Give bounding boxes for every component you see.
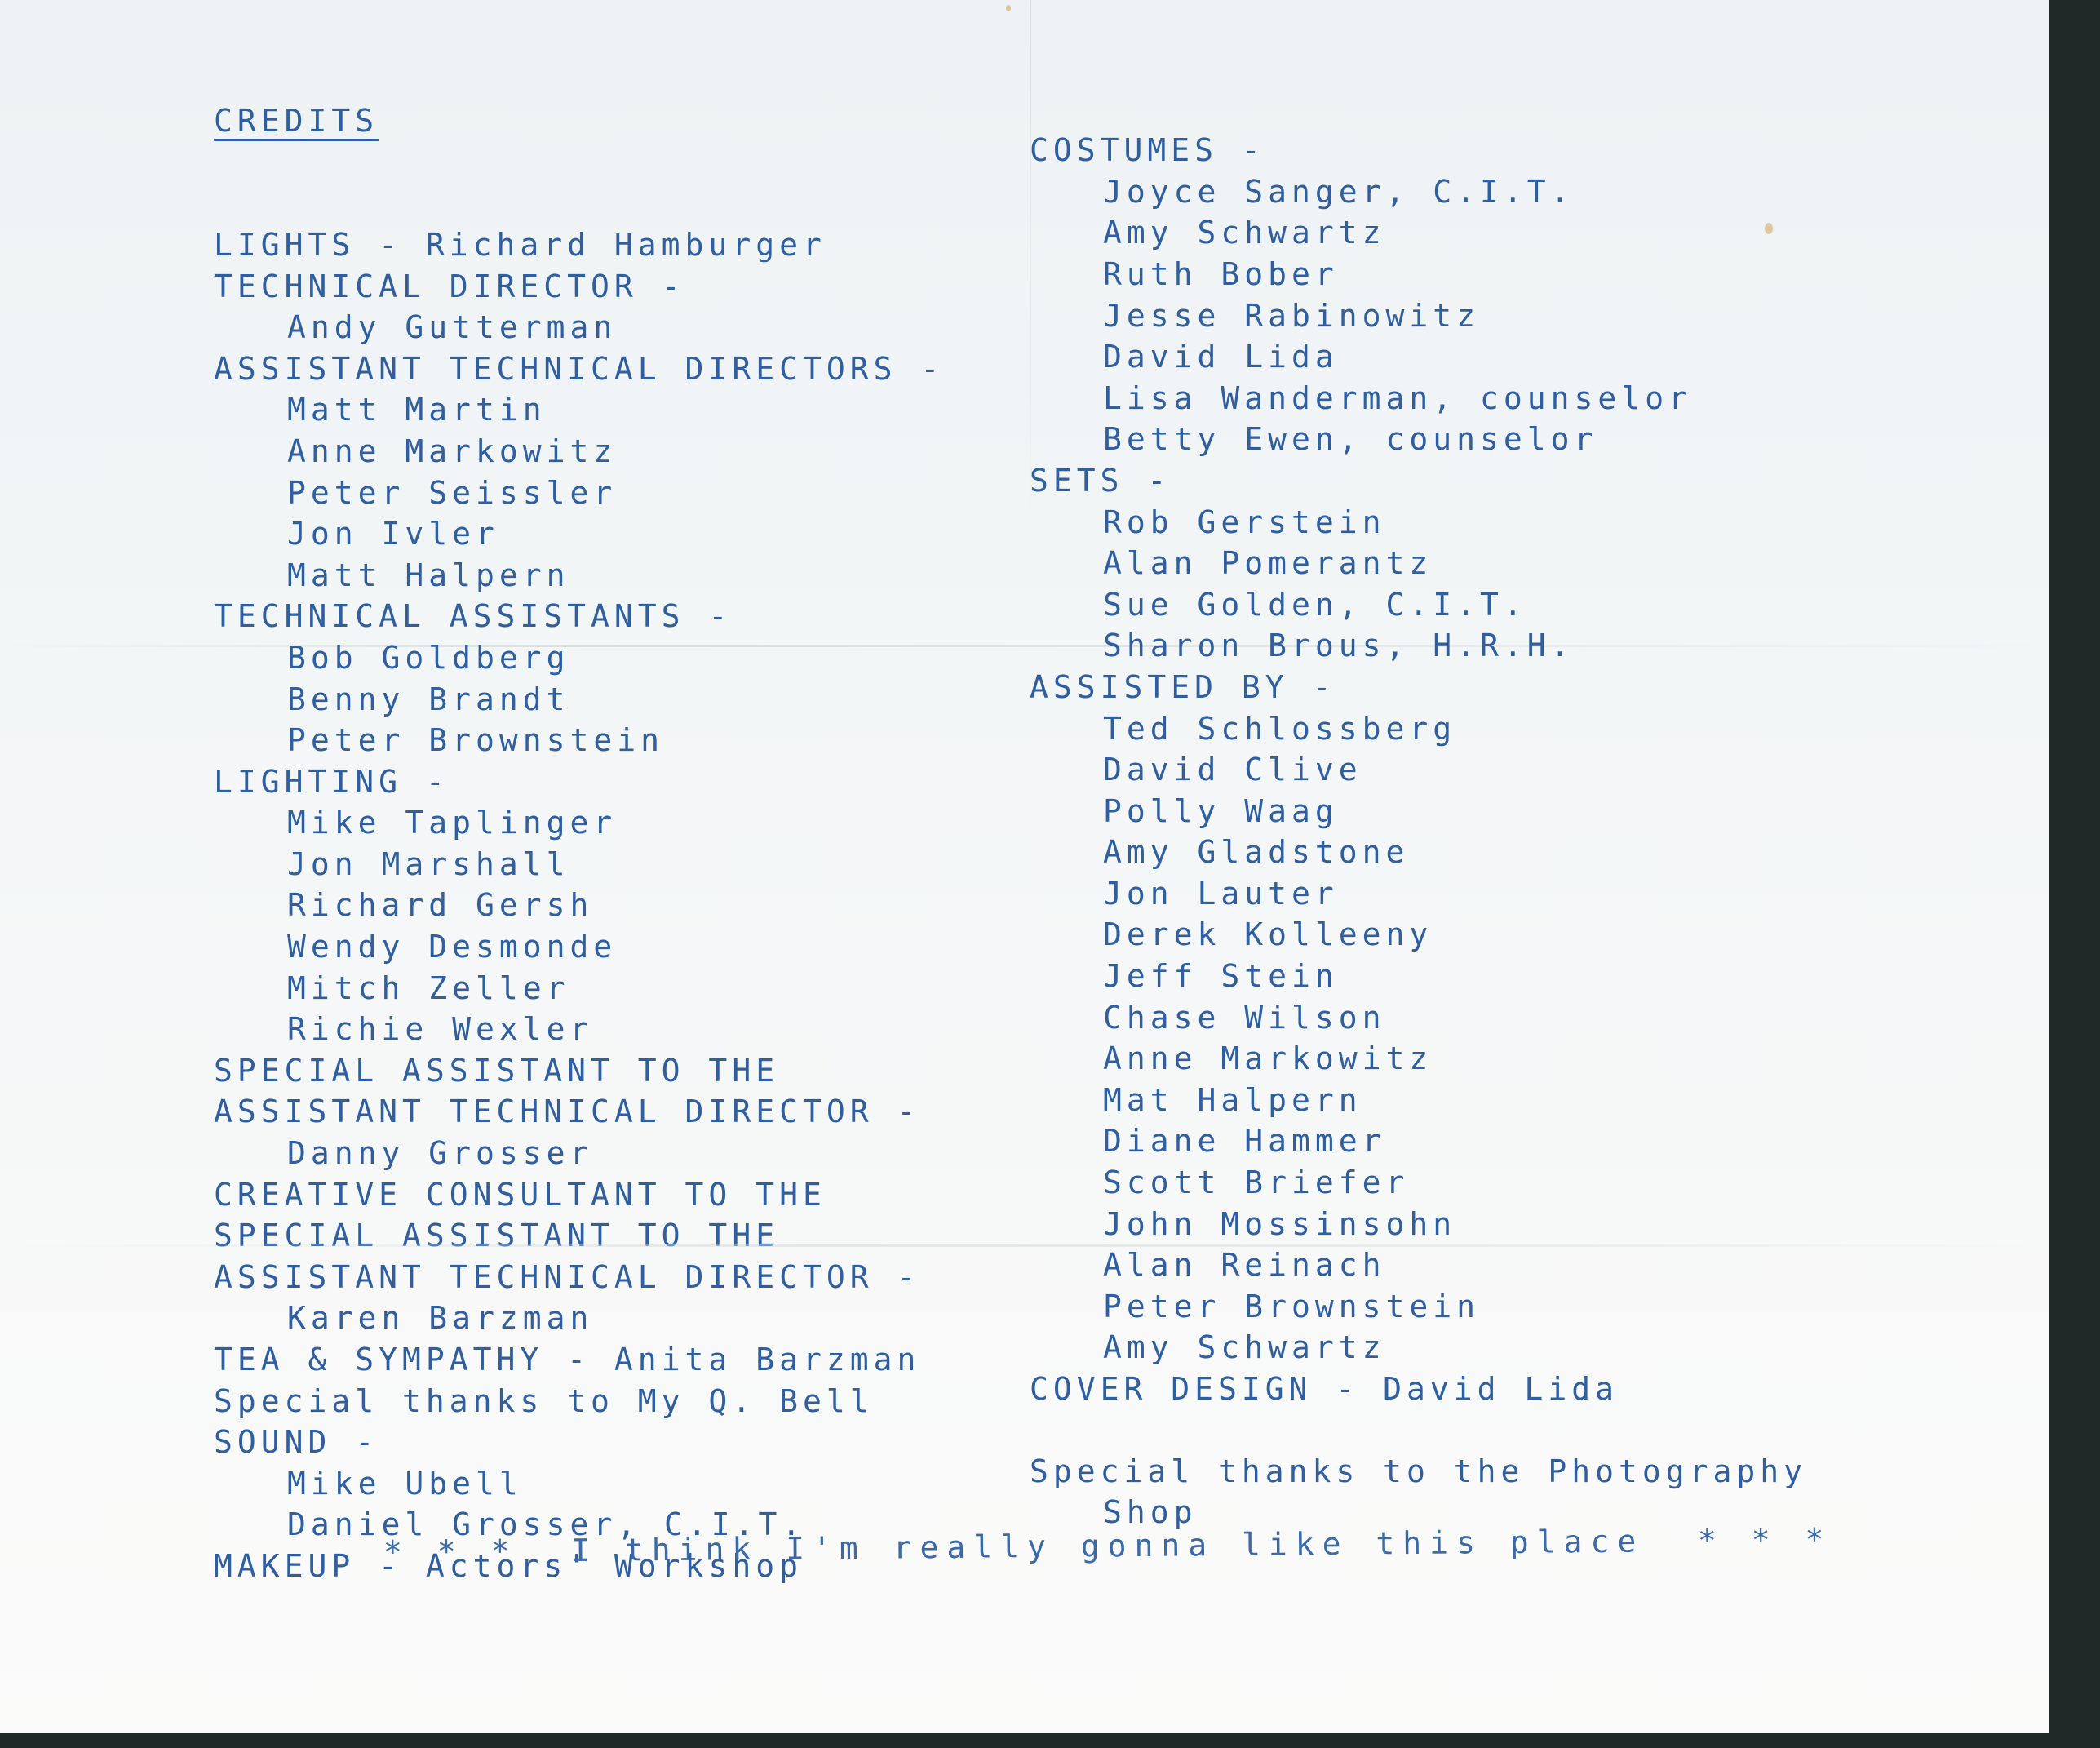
left-credit-list: LIGHTS - Richard HamburgerTECHNICAL DIRE… [214,224,944,1587]
credit-name: Peter Seissler [214,472,944,514]
credits-right-column: COSTUMES -Joyce Sanger, C.I.T.Amy Schwar… [1030,47,1807,1616]
credit-name: Sharon Brous, H.R.H. [1030,625,1807,667]
spacer [1030,1410,1807,1451]
credit-name: Mike Ubell [214,1463,944,1505]
credit-name: Chase Wilson [1030,997,1807,1039]
credit-name: Andy Gutterman [214,307,944,348]
credit-heading: ASSISTANT TECHNICAL DIRECTOR - [214,1091,944,1133]
credit-heading: COSTUMES - [1030,130,1807,171]
credit-name: Diane Hammer [1030,1120,1807,1162]
credit-name: Jon Ivler [214,513,944,555]
credit-name: Peter Brownstein [214,720,944,761]
credits-title: CREDITS [214,103,379,141]
credit-heading: CREATIVE CONSULTANT TO THE [214,1174,944,1216]
credit-name: Ted Schlossberg [1030,708,1807,750]
credit-heading: ASSISTANT TECHNICAL DIRECTOR - [214,1257,944,1298]
credit-name: Peter Brownstein [1030,1286,1807,1328]
credit-name: Joyce Sanger, C.I.T. [1030,171,1807,213]
credit-name: Danny Grosser [214,1133,944,1174]
credit-name: Anne Markowitz [214,431,944,472]
credit-name: Bob Goldberg [214,637,944,679]
credit-name: Betty Ewen, counselor [1030,419,1807,460]
credit-name: Derek Kolleeny [1030,914,1807,956]
credit-name: Lisa Wanderman, counselor [1030,378,1807,419]
credit-name: Mike Taplinger [214,802,944,844]
credit-heading: COVER DESIGN - David Lida [1030,1369,1807,1410]
scanned-page: CREDITS LIGHTS - Richard HamburgerTECHNI… [0,0,2049,1733]
credit-name: Benny Brandt [214,679,944,721]
credit-name: Mitch Zeller [214,968,944,1009]
credit-heading: TECHNICAL ASSISTANTS - [214,596,944,637]
credit-name: Polly Waag [1030,791,1807,832]
credit-name: Rob Gerstein [1030,502,1807,543]
credit-name: Jon Lauter [1030,873,1807,915]
credit-name: David Clive [1030,749,1807,791]
credit-name: Jeff Stein [1030,956,1807,997]
credit-name: Karen Barzman [214,1298,944,1339]
credit-heading: LIGHTS - Richard Hamburger [214,224,944,266]
credit-name: Amy Schwartz [1030,212,1807,254]
credit-name: Matt Halpern [214,555,944,597]
credit-name: John Mossinsohn [1030,1204,1807,1245]
credit-heading: SPECIAL ASSISTANT TO THE [214,1215,944,1257]
credit-heading: Special thanks to My Q. Bell [214,1381,944,1422]
credit-heading: TEA & SYMPATHY - Anita Barzman [214,1339,944,1381]
credit-heading: ASSISTANT TECHNICAL DIRECTORS - [214,348,944,390]
credit-name: Richie Wexler [214,1009,944,1050]
credit-name: Jon Marshall [214,844,944,885]
credit-name: Amy Schwartz [1030,1327,1807,1369]
credit-name: Jesse Rabinowitz [1030,295,1807,337]
credit-name: Alan Pomerantz [1030,543,1807,584]
credit-name: Wendy Desmonde [214,926,944,968]
credit-name: Matt Martin [214,389,944,431]
credit-name: Anne Markowitz [1030,1038,1807,1080]
credit-name: Alan Reinach [1030,1244,1807,1286]
paper-stain [1006,5,1011,11]
credit-name: David Lida [1030,336,1807,378]
credit-name: Amy Gladstone [1030,832,1807,873]
credit-name: Sue Golden, C.I.T. [1030,584,1807,626]
credits-left-column: CREDITS LIGHTS - Richard HamburgerTECHNI… [214,18,944,1670]
credit-name: Richard Gersh [214,885,944,926]
credit-name: Ruth Bober [1030,254,1807,295]
credit-heading: ASSISTED BY - [1030,667,1807,708]
credit-heading: LIGHTING - [214,761,944,803]
credit-name: Mat Halpern [1030,1080,1807,1121]
credit-heading: TECHNICAL DIRECTOR - [214,266,944,308]
right-credit-list: COSTUMES -Joyce Sanger, C.I.T.Amy Schwar… [1030,130,1807,1533]
credit-heading: SOUND - [214,1422,944,1463]
credit-heading: Special thanks to the Photography [1030,1451,1807,1493]
credit-heading: SPECIAL ASSISTANT TO THE [214,1050,944,1092]
credit-heading: SETS - [1030,460,1807,502]
credit-name: Scott Briefer [1030,1162,1807,1204]
